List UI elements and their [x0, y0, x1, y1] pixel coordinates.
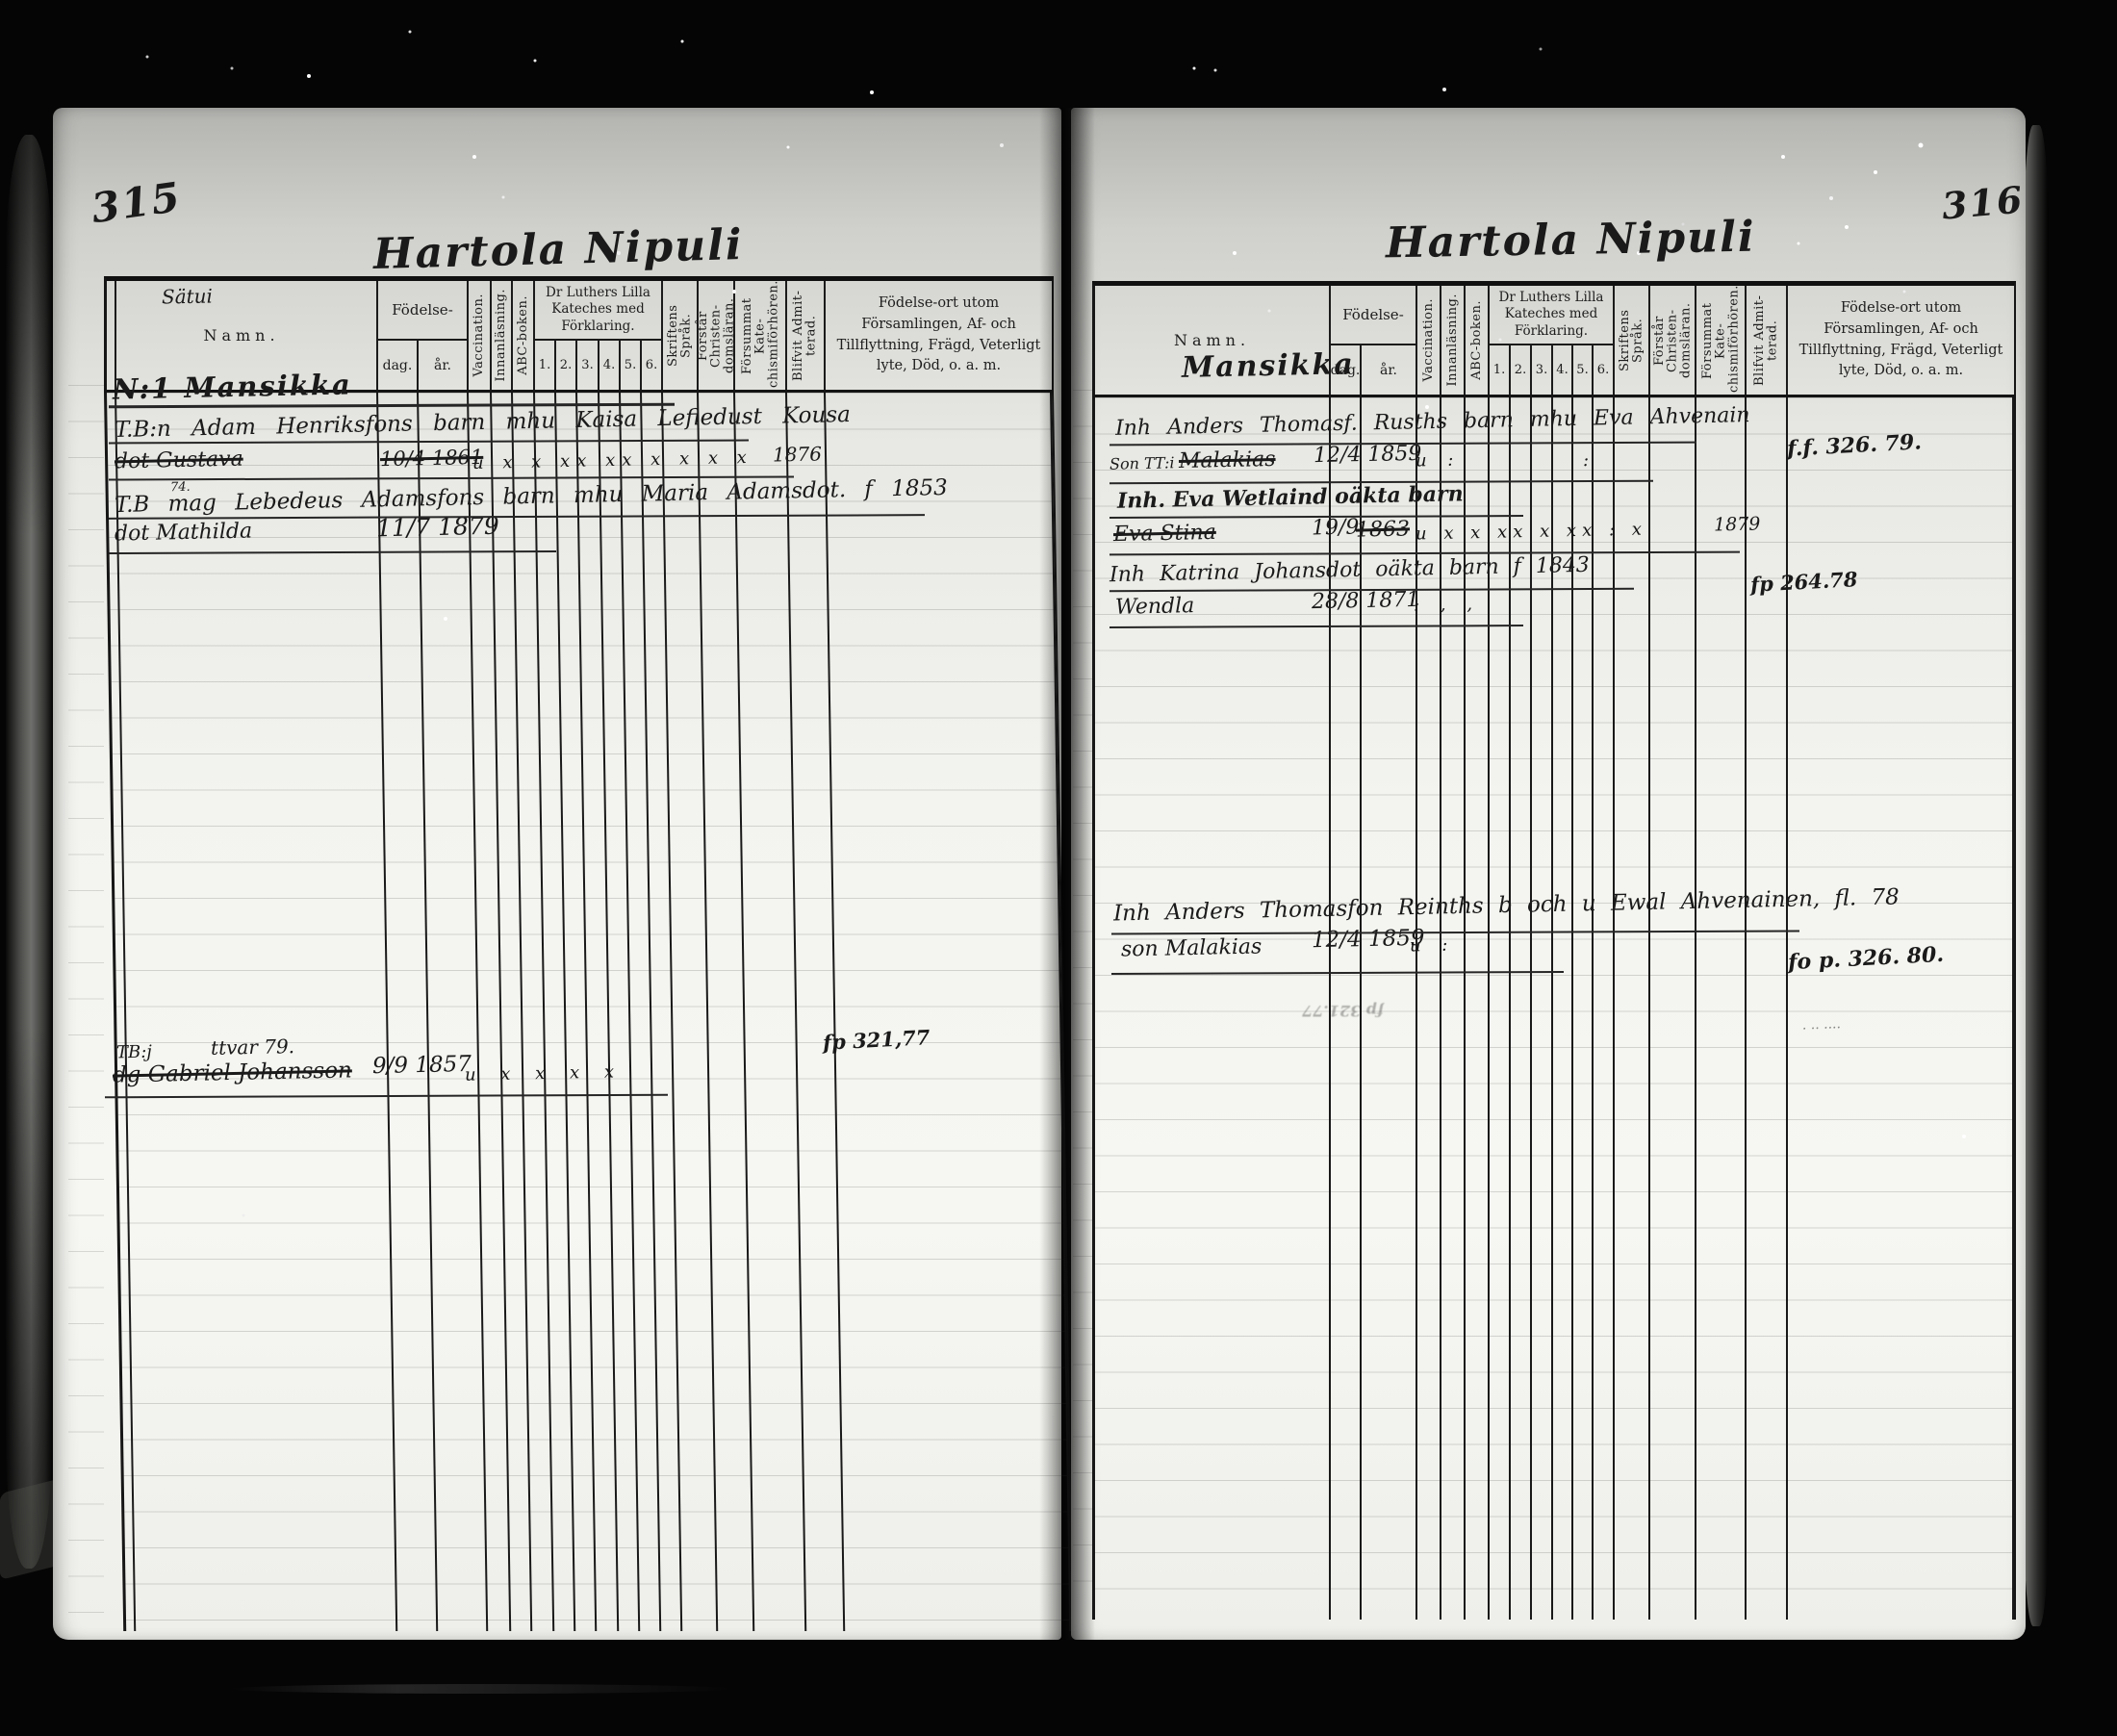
entry-exam-mark: :	[1583, 452, 1597, 470]
scanned-parish-register-photo: 315 Hartola Nipuli Sätui N:1 Mansikka T.…	[0, 0, 2117, 1736]
entry-name: Inh Katrina Johansdot oäkta barn f 1843	[1110, 555, 1590, 586]
left-page: 315 Hartola Nipuli Sätui N:1 Mansikka T.…	[53, 108, 1061, 1640]
page-number: 315	[89, 177, 185, 230]
scan-smear	[231, 1684, 731, 1694]
book-fore-edge	[6, 135, 52, 1569]
book-right-edge	[2024, 125, 2049, 1626]
entry-birthdate: 28/8 1871	[1312, 590, 1420, 613]
entry-admitted-year: 1876	[773, 444, 822, 464]
right-page: 316 Hartola Nipuli Mansikka Inh Anders T…	[1071, 108, 2026, 1640]
entry-name: Wendla	[1115, 596, 1195, 619]
name-column-note: Sätui	[162, 286, 213, 306]
entry-admitted-year: 1879	[1714, 515, 1761, 534]
dust-specks	[0, 0, 2, 2]
hand-underline	[1110, 551, 1740, 556]
entry-name: Inh Anders Thomasfon Reinths b och u Ewa…	[1113, 886, 1900, 925]
entry-prefix: TB:j	[116, 1044, 152, 1062]
entry-birthdate-day: 19/9	[1312, 517, 1360, 539]
entry-exam-marks: u x x xx x xx : x	[1416, 521, 1647, 543]
entry-exam-marks: u x x x x	[465, 1063, 624, 1084]
entry-name-struck: dot Gustava	[115, 449, 243, 473]
entry-exam-marks: u :	[1416, 452, 1462, 471]
entry-name-struck: Eva Stina	[1113, 523, 1216, 546]
entry-note: ttvar 79.	[211, 1036, 294, 1058]
entry-birthdate: 9/9 1857	[372, 1054, 472, 1078]
entry-exam-marks: u x x xx xx x x x x	[472, 449, 753, 472]
running-title: Hartola Nipuli	[372, 224, 744, 276]
entry-birthyear-struck: 1863	[1356, 519, 1410, 541]
entry-name: Inh. Eva Wetlaind oäkta barn	[1117, 483, 1464, 512]
entry-remark: f.f. 326. 79.	[1787, 431, 1923, 459]
hand-underline	[1111, 971, 1564, 975]
section-heading: N:1 Mansikka	[113, 370, 352, 403]
entry-birthdate-struck: 10/4 1861	[380, 447, 484, 470]
entry-name: T.B:n Adam Henriksfons barn mhu Kaisa Le…	[115, 404, 851, 442]
hand-underline	[105, 1094, 668, 1099]
entry-exam-marks: : , ,	[1414, 596, 1480, 614]
entry-name: son Malakias	[1121, 936, 1263, 960]
entry-name: Inh Anders Thomasf. Rusths barn mhu Eva …	[1115, 405, 1750, 440]
hand-underline	[109, 550, 556, 554]
entry-name: dot Mathilda	[115, 522, 253, 546]
entry-remark: fo p. 326. 80.	[1788, 944, 1945, 973]
entry-remark: fp 264.78	[1750, 569, 1858, 595]
entry-name-struck: Malakias	[1179, 449, 1276, 472]
ink-bleedthrough: fp 321.77	[1302, 1003, 1384, 1018]
hand-underline	[1110, 625, 1523, 628]
ink-bleedthrough: · ·· ····	[1802, 1021, 1842, 1035]
entry-prefix: Son TT:i	[1110, 455, 1175, 472]
entry-name-struck: dg Gabriel Johansson	[113, 1059, 352, 1086]
running-title: Hartola Nipuli	[1386, 217, 1756, 266]
hand-underline	[1111, 930, 1799, 934]
entry-remark: fp 321,77	[823, 1027, 931, 1053]
book-gutter-shadow	[1039, 108, 1095, 1640]
name-column-note: Mansikka	[1182, 350, 1355, 383]
entry-exam-marks: u :	[1410, 937, 1456, 956]
page-number: 316	[1941, 181, 2026, 224]
entry-name: T.B mag Lebedeus Adamsfons barn mhu Mari…	[115, 477, 948, 517]
entry-birthdate: 12/4 1859	[1314, 444, 1422, 467]
